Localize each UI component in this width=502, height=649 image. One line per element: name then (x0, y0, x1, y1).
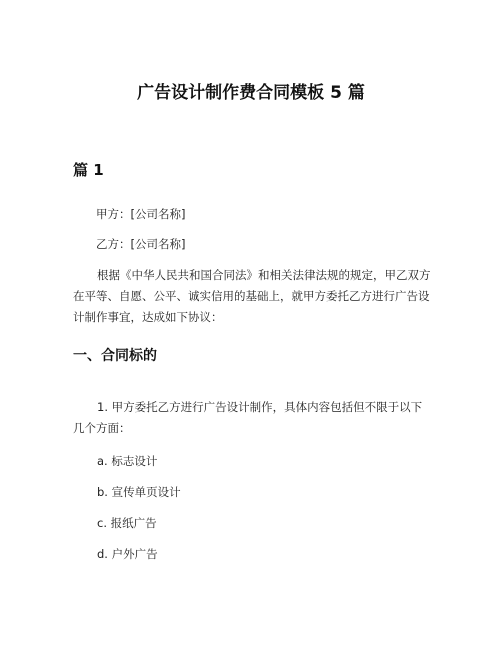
clause-1-paragraph: 1. 甲方委托乙方进行广告设计制作，具体内容包括但不限于以下几个方面： (73, 397, 433, 439)
clause-heading: 一、合同标的 (73, 345, 157, 365)
party-a-line: 甲方：[公司名称] (96, 206, 185, 222)
list-item: d. 户外广告 (97, 546, 158, 562)
document-title: 广告设计制作费合同模板 5 篇 (0, 78, 502, 103)
party-b-line: 乙方：[公司名称] (96, 236, 185, 252)
list-item: c. 报纸广告 (97, 515, 157, 531)
intro-paragraph: 根据《中华人民共和国合同法》和相关法律法规的规定，甲乙双方在平等、自愿、公平、诚… (73, 265, 433, 328)
list-item: b. 宣传单页设计 (97, 484, 181, 500)
section-heading: 篇 1 (73, 159, 104, 180)
list-item: a. 标志设计 (97, 453, 157, 469)
